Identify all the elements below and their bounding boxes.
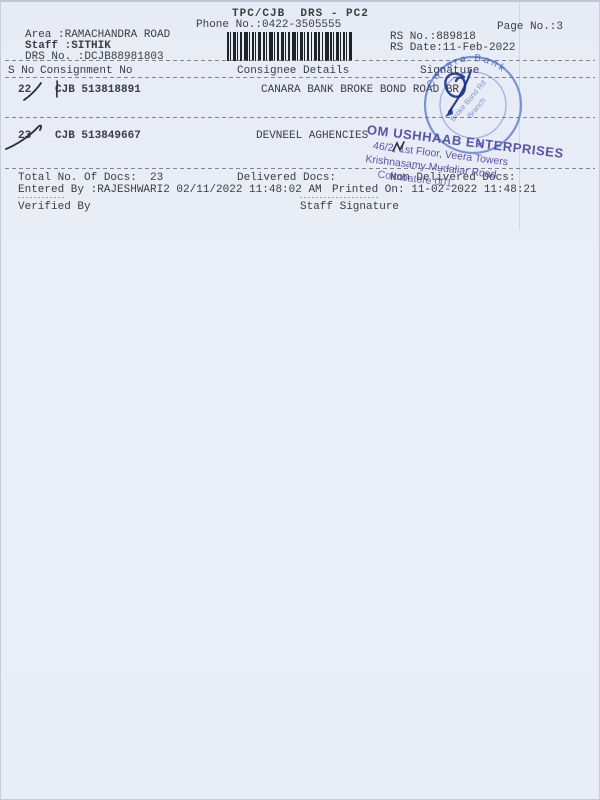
scanned-delivery-run-sheet: { "header": { "title": "TPC/CJB DRS - PC…	[0, 0, 600, 800]
scan-crease	[519, 0, 520, 230]
pen-mark-enterprise	[393, 142, 404, 151]
pen-tick-row-22	[24, 81, 57, 100]
stamp-bottom-star: ★	[475, 138, 488, 150]
stamp-and-ink-overlay: Canara Bank ★ Broke Bond Rd Branch	[0, 0, 600, 260]
pen-tick-row-23	[6, 126, 41, 149]
svg-text:★: ★	[475, 138, 488, 150]
round-bank-stamp: Canara Bank ★ Broke Bond Rd Branch	[415, 44, 530, 162]
